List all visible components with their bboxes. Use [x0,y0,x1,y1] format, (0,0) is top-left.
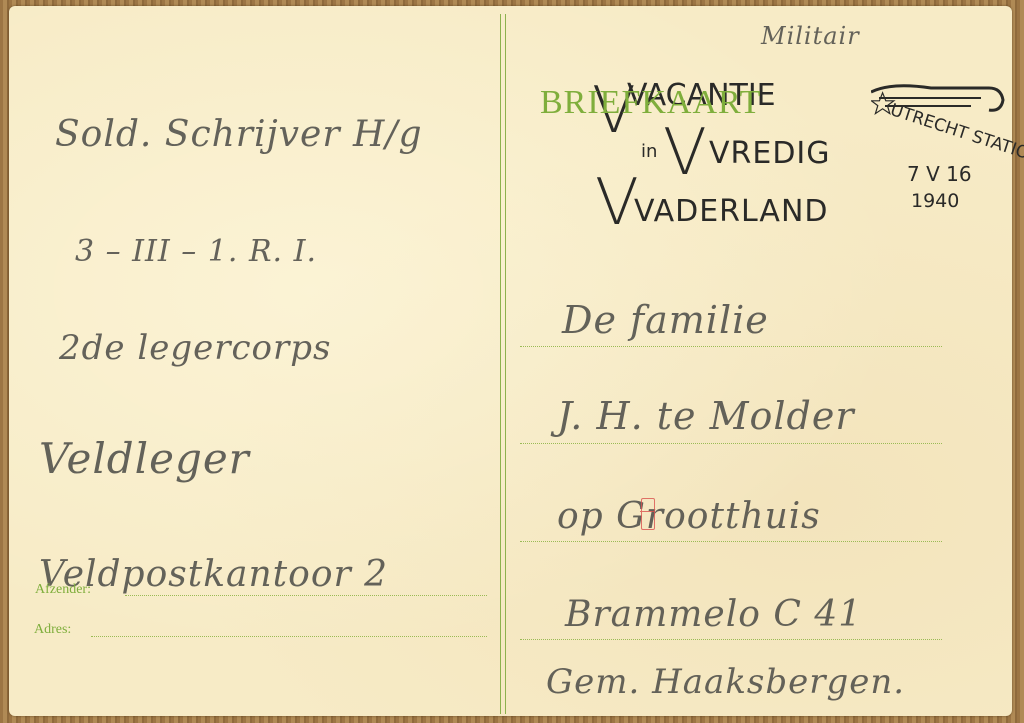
recipient-line-2 [520,443,942,444]
address-label: Adres: [34,622,71,638]
sender-line-2: 3 – III – 1. R. I. [75,234,317,269]
cancellation-line2: VREDIG [709,136,831,171]
sender-label: Afzender: [35,582,91,598]
cancellation-year: 1940 [911,190,959,212]
postcard: Militair V VACANTIE in V VREDIG V VADERL… [9,6,1012,716]
center-divider [500,14,506,714]
cancellation-line3: VADERLAND [634,194,829,229]
recipient-line-1-text: De familie [562,298,769,342]
recipient-line-5-text: Gem. Haaksbergen. [546,662,905,702]
recipient-line-1 [520,346,942,347]
address-dotted-line [91,636,487,637]
cancellation-in: in [641,141,657,162]
cancellation-v2: V [663,116,707,190]
briefkaart-title: BRIEFKAART [540,84,761,122]
sender-line-5: Veldpostkantoor 2 [39,554,388,595]
recipient-line-4-text: Brammelo C 41 [565,594,862,635]
sender-line-3: 2de legercorps [59,328,331,368]
cancellation-date: 7 V 16 [907,162,972,186]
cancellation-v3: V [595,166,639,240]
red-b-mark [641,498,655,530]
sender-dotted-line [125,595,487,596]
militair-annotation: Militair [761,22,860,50]
sender-line-4: Veldleger [39,434,250,483]
sender-line-1: Sold. Schrijver H/g [55,114,423,155]
recipient-line-3 [520,541,942,542]
recipient-line-4 [520,639,942,640]
recipient-line-3-text: op Grootthuis [557,496,821,537]
recipient-line-2-text: J. H. te Molder [557,394,855,438]
